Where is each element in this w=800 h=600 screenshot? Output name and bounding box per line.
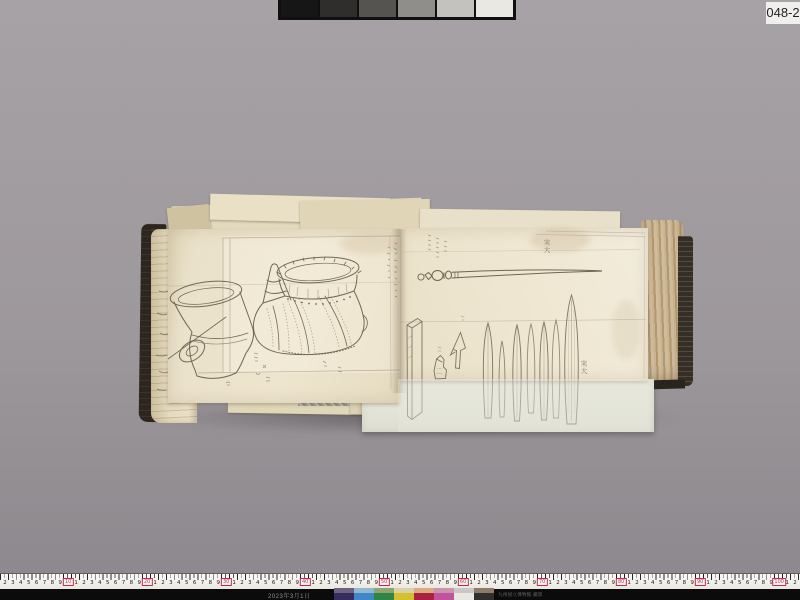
ruler-number: 100 bbox=[772, 578, 786, 586]
grayscale-patch bbox=[359, 0, 396, 17]
ruler-number: 30 bbox=[221, 578, 231, 586]
ruler-number: 8 bbox=[604, 579, 608, 587]
loose-page-top-4 bbox=[300, 199, 431, 231]
ruler-number: 6 bbox=[35, 579, 39, 587]
grayscale-patch bbox=[437, 0, 474, 17]
page-stain-3 bbox=[612, 300, 640, 360]
ruler-number: 8 bbox=[683, 579, 687, 587]
ruler-number: 8 bbox=[130, 579, 134, 587]
ruler-number: 2 bbox=[319, 579, 323, 587]
ruler-number: 20 bbox=[142, 578, 152, 586]
ruler-number: 3 bbox=[643, 579, 647, 587]
ruler-number: 7 bbox=[201, 579, 205, 587]
ruler-number: 4 bbox=[651, 579, 655, 587]
color-patch-column bbox=[474, 588, 494, 600]
ruler-number: 7 bbox=[122, 579, 126, 587]
ruler-number: 50 bbox=[379, 578, 389, 586]
ruler-number: 1 bbox=[706, 579, 710, 587]
ruler-number: 7 bbox=[438, 579, 442, 587]
ruler-number: 9 bbox=[454, 579, 458, 587]
left-page-sketches bbox=[168, 229, 400, 403]
ruler-number: 1 bbox=[627, 579, 631, 587]
ruler-number: 3 bbox=[90, 579, 94, 587]
color-patch-bottom bbox=[374, 593, 394, 600]
hairpin-sketch bbox=[418, 270, 602, 281]
ruler-number: 7 bbox=[359, 579, 363, 587]
ruler-number: 9 bbox=[533, 579, 537, 587]
ruler-number: 5 bbox=[501, 579, 505, 587]
ruler-number: 9 bbox=[217, 579, 221, 587]
color-patch-column bbox=[354, 588, 374, 600]
color-patch-column bbox=[414, 588, 434, 600]
ruler-number: 5 bbox=[659, 579, 663, 587]
ruler-number: 4 bbox=[19, 579, 23, 587]
ruler-number: 7 bbox=[596, 579, 600, 587]
ruler-number: 7 bbox=[675, 579, 679, 587]
ruler-number: 6 bbox=[351, 579, 355, 587]
ruler-number: 9 bbox=[691, 579, 695, 587]
crease-lines bbox=[400, 231, 646, 378]
ruler-number: 9 bbox=[375, 579, 379, 587]
grayscale-patch bbox=[476, 0, 513, 17]
ruler-number: 6 bbox=[509, 579, 513, 587]
ruler-number: 2 bbox=[793, 579, 797, 587]
archival-photo-stage: 実大 実大 048-2 2345678910123456789201234567… bbox=[0, 0, 800, 600]
grayscale-patch bbox=[281, 0, 318, 17]
photo-id-label: 048-2 bbox=[766, 2, 800, 24]
ruler-number: 4 bbox=[572, 579, 576, 587]
ruler-number: 7 bbox=[517, 579, 521, 587]
ruler-number: 7 bbox=[43, 579, 47, 587]
color-patch-bottom bbox=[454, 593, 474, 600]
color-bar bbox=[334, 588, 494, 600]
ruler-number: 60 bbox=[458, 578, 468, 586]
ruler-number: 8 bbox=[762, 579, 766, 587]
page-stain-2 bbox=[340, 234, 400, 254]
ruler-number: 4 bbox=[730, 579, 734, 587]
ruler-number: 3 bbox=[327, 579, 331, 587]
ruler-number: 2 bbox=[3, 579, 7, 587]
ruler-number: 4 bbox=[493, 579, 497, 587]
ruler-number: 9 bbox=[296, 579, 300, 587]
actual-size-label-bottom: 実大 bbox=[579, 360, 586, 375]
head-annotation-scribbles bbox=[428, 235, 447, 257]
ruler-number: 9 bbox=[59, 579, 63, 587]
ruler-number: 2 bbox=[477, 579, 481, 587]
left-page bbox=[168, 229, 400, 403]
ruler-number: 3 bbox=[248, 579, 252, 587]
ruler-number: 6 bbox=[272, 579, 276, 587]
ruler-number: 2 bbox=[556, 579, 560, 587]
ruler-number: 2 bbox=[82, 579, 86, 587]
ruler-number: 1 bbox=[74, 579, 78, 587]
color-patch-bottom bbox=[434, 593, 454, 600]
ruler-number: 70 bbox=[537, 578, 547, 586]
ruler-number: 3 bbox=[406, 579, 410, 587]
page-stain-1 bbox=[530, 228, 590, 252]
color-patch-column bbox=[334, 588, 354, 600]
ruler-number: 6 bbox=[193, 579, 197, 587]
color-patch-column bbox=[434, 588, 454, 600]
ruler-number: 8 bbox=[51, 579, 55, 587]
ruler-number: 5 bbox=[185, 579, 189, 587]
pasted-sheet bbox=[223, 236, 400, 373]
ruler-number: 1 bbox=[469, 579, 473, 587]
ruler-number: 1 bbox=[785, 579, 789, 587]
right-cover-edge bbox=[678, 236, 693, 386]
ruler-number: 1 bbox=[548, 579, 552, 587]
color-patch-bottom bbox=[354, 593, 374, 600]
ruler-number: 5 bbox=[27, 579, 31, 587]
ruler-number: 5 bbox=[343, 579, 347, 587]
grayscale-strip bbox=[278, 0, 516, 20]
color-patch-column bbox=[454, 588, 474, 600]
ruler-number: 7 bbox=[280, 579, 284, 587]
footer-band: 2023年3月1日 九州国立博物館 撮影 bbox=[0, 589, 800, 600]
ruler-number: 1 bbox=[232, 579, 236, 587]
ruler-number: 4 bbox=[256, 579, 260, 587]
ruler-number: 4 bbox=[177, 579, 181, 587]
ruler-number: 5 bbox=[264, 579, 268, 587]
ruler-number: 5 bbox=[580, 579, 584, 587]
ruler-number: 5 bbox=[738, 579, 742, 587]
ruler-number: 7 bbox=[754, 579, 758, 587]
color-patch-bottom bbox=[334, 593, 354, 600]
ruler-number: 4 bbox=[414, 579, 418, 587]
ruler-number: 6 bbox=[746, 579, 750, 587]
ruler-number: 6 bbox=[588, 579, 592, 587]
ruler-number: 4 bbox=[98, 579, 102, 587]
ruler-number: 6 bbox=[667, 579, 671, 587]
ruler-number: 8 bbox=[446, 579, 450, 587]
grayscale-patch bbox=[398, 0, 435, 17]
ruler-number: 3 bbox=[169, 579, 173, 587]
ruler-number: 40 bbox=[300, 578, 310, 586]
color-patch-bottom bbox=[474, 593, 494, 600]
ruler-number: 3 bbox=[11, 579, 15, 587]
ruler-number: 2 bbox=[240, 579, 244, 587]
ruler-number: 9 bbox=[138, 579, 142, 587]
capture-date: 2023年3月1日 bbox=[268, 591, 311, 600]
ruler-number: 3 bbox=[722, 579, 726, 587]
ruler-number: 2 bbox=[398, 579, 402, 587]
ruler-number: 1 bbox=[153, 579, 157, 587]
ruler-number: 5 bbox=[422, 579, 426, 587]
ruler-number: 4 bbox=[335, 579, 339, 587]
ruler-number: 8 bbox=[288, 579, 292, 587]
ruler-number: 6 bbox=[114, 579, 118, 587]
ruler-number: 6 bbox=[430, 579, 434, 587]
ruler-number: 8 bbox=[367, 579, 371, 587]
color-patch-column bbox=[374, 588, 394, 600]
ruler: 2345678910123456789201234567893012345678… bbox=[0, 573, 800, 589]
ruler-number: 10 bbox=[63, 578, 73, 586]
ruler-number: 3 bbox=[485, 579, 489, 587]
ruler-number: 5 bbox=[106, 579, 110, 587]
ruler-number: 80 bbox=[616, 578, 626, 586]
ruler-number: 8 bbox=[209, 579, 213, 587]
ruler-number: 8 bbox=[525, 579, 529, 587]
tissue-muting-overlay bbox=[398, 379, 650, 432]
credit-text: 九州国立博物館 撮影 bbox=[498, 592, 543, 598]
ruler-number: 90 bbox=[695, 578, 705, 586]
ruler-number: 2 bbox=[635, 579, 639, 587]
ruler-number: 3 bbox=[564, 579, 568, 587]
grayscale-patch bbox=[320, 0, 357, 17]
ruler-number: 1 bbox=[311, 579, 315, 587]
ruler-number: 2 bbox=[161, 579, 165, 587]
ruler-number: 2 bbox=[714, 579, 718, 587]
ruler-number: 1 bbox=[390, 579, 394, 587]
color-patch-bottom bbox=[394, 593, 414, 600]
ruler-number: 9 bbox=[612, 579, 616, 587]
color-patch-column bbox=[394, 588, 414, 600]
color-patch-bottom bbox=[414, 593, 434, 600]
